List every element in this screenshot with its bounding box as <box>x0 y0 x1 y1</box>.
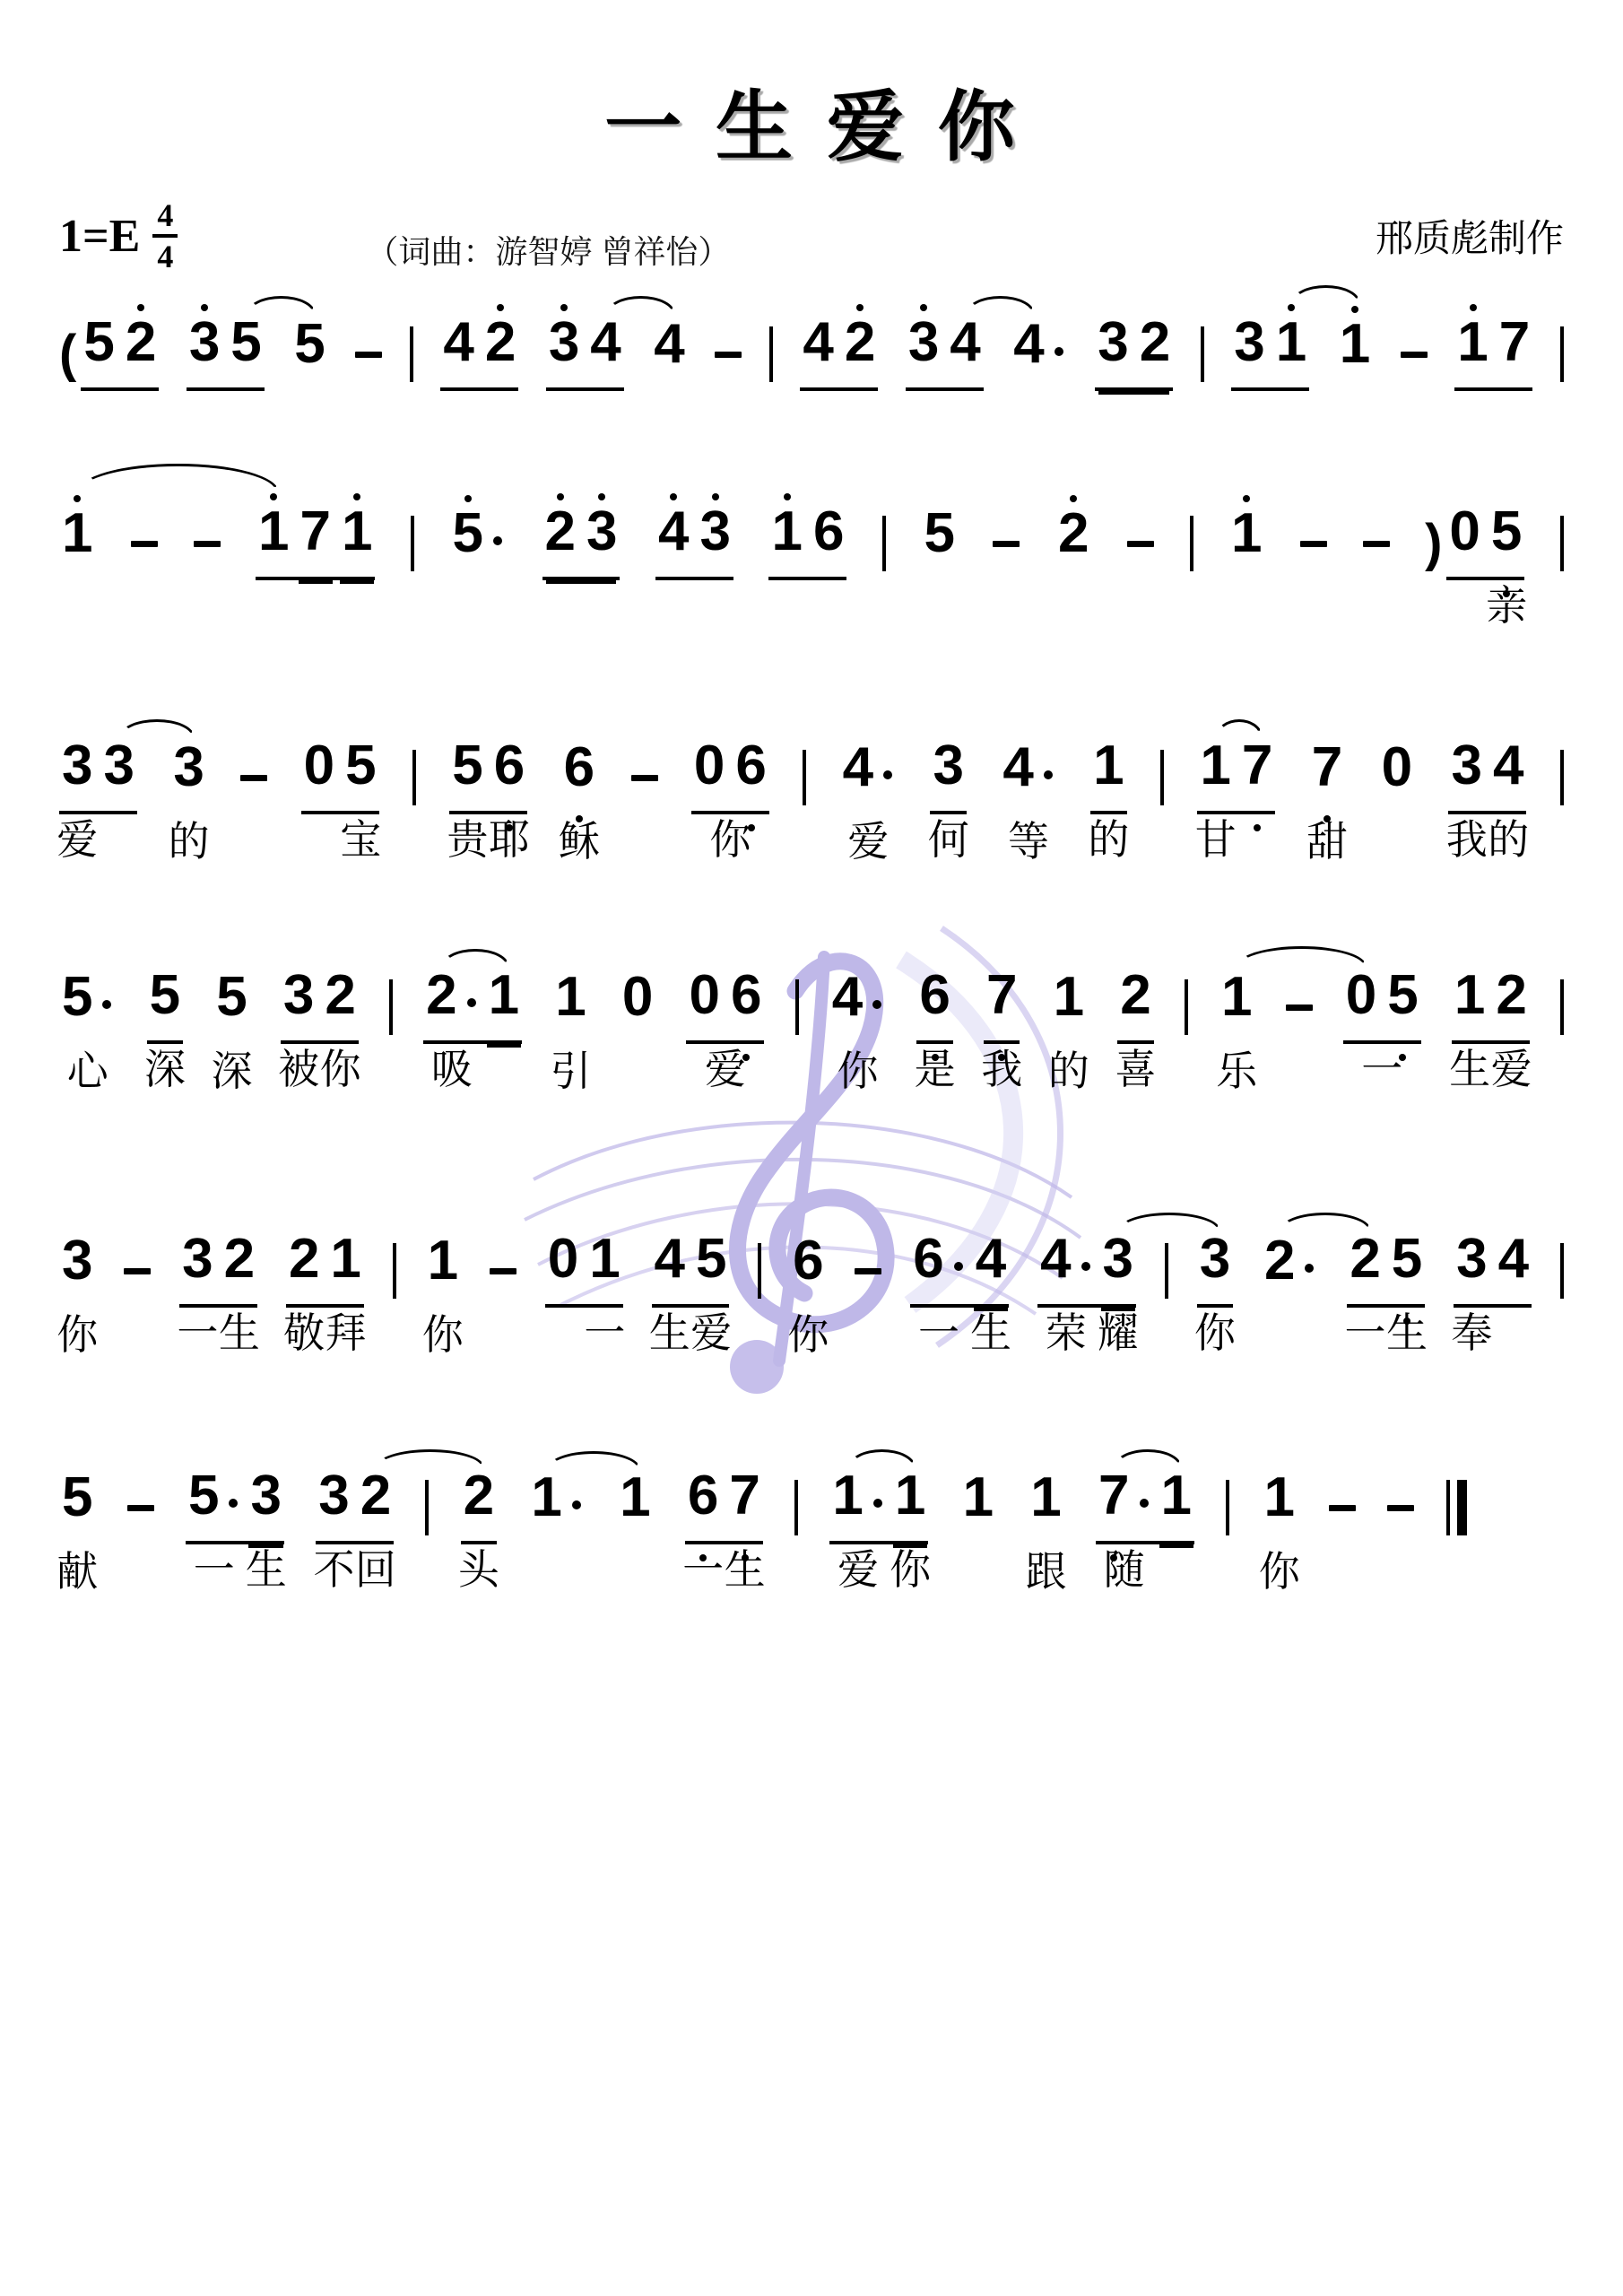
note-stack: 1 <box>428 1236 458 1300</box>
music-line-2: 11715234316521)05亲 <box>59 514 1564 573</box>
lyric: 拜 <box>325 1300 367 1360</box>
lyric: 耀 <box>1098 1300 1139 1360</box>
note: 6耶 <box>494 741 525 805</box>
note-digit: 2 <box>289 1228 319 1290</box>
lyric: 随 <box>1104 1537 1145 1596</box>
note-digit: 1 <box>1030 1466 1061 1528</box>
note-stack: 2 <box>426 970 456 1035</box>
lyric: 稣 <box>559 809 600 868</box>
lyric: 爱 <box>1491 1037 1532 1096</box>
note: 5 <box>453 509 504 573</box>
note-stack: 6 <box>731 970 761 1035</box>
note-cell: 5深 <box>147 970 183 1044</box>
barline <box>412 750 416 805</box>
note-stack: 4 <box>1498 1234 1529 1299</box>
octave-dot-high <box>1470 304 1477 311</box>
note-stack: 3 <box>586 507 617 571</box>
augmentation-dot <box>1140 1499 1149 1508</box>
note-stack: 1 <box>1457 317 1488 382</box>
note-cell: 171 <box>256 507 375 580</box>
duration-dash <box>1286 1004 1313 1011</box>
beam-group: 4荣3耀 <box>1037 1234 1136 1308</box>
note-cell: 2 <box>1055 509 1091 578</box>
note-stack: 4 <box>976 1234 1006 1299</box>
beam-group: 1 <box>617 1473 653 1543</box>
duration-dash <box>715 352 742 358</box>
note: 1 <box>342 507 372 571</box>
note-stack: 2 <box>1140 317 1170 382</box>
lyric: 不 <box>313 1537 354 1596</box>
note: 7随 <box>1098 1471 1150 1535</box>
lyric: 你 <box>320 1037 361 1096</box>
lyric: 甜 <box>1306 809 1348 868</box>
note-cell: 6你 <box>790 1236 826 1306</box>
note: 7 <box>1499 317 1530 382</box>
note-digit: 3 <box>1456 1228 1487 1290</box>
duration-dash <box>355 352 382 358</box>
note: 4的 <box>1493 741 1523 805</box>
beam-group: 5献 <box>59 1473 95 1543</box>
note-cell: (52 <box>59 317 159 391</box>
note-digit: 1 <box>531 1466 561 1528</box>
note-stack: 1 <box>1276 317 1306 382</box>
note-digit: 1 <box>1231 502 1262 564</box>
note-digit: 4 <box>655 1228 685 1290</box>
note-digit: 3 <box>549 311 579 373</box>
duration-dash <box>240 775 267 781</box>
note-digit: 6 <box>813 500 844 562</box>
note-digit: 7 <box>1242 735 1272 796</box>
octave-dot-high <box>712 493 719 500</box>
note-digit: 3 <box>1234 311 1264 373</box>
note: 3 <box>189 317 220 382</box>
barline <box>411 516 414 571</box>
note-cell: 1 <box>960 1473 996 1543</box>
note-stack: 1 <box>963 1473 994 1537</box>
note-cell: 1 <box>1337 319 1373 389</box>
note-cell: 1引 <box>552 972 588 1042</box>
augmentation-dot <box>1044 770 1053 779</box>
note-stack: 5 <box>188 1471 219 1535</box>
note: 1跟 <box>1030 1473 1061 1537</box>
octave-dot-high <box>670 493 677 500</box>
final-barline <box>1446 1480 1467 1535</box>
barline <box>795 979 799 1035</box>
note-digit: 0 <box>1449 500 1480 562</box>
note-stack: 1 <box>1054 972 1084 1037</box>
note: 5 <box>83 317 114 382</box>
note: 3你 <box>62 1236 92 1300</box>
note-stack: 2 <box>360 1471 391 1535</box>
note-stack: 7 <box>1499 317 1530 382</box>
note-digit: 3 <box>182 1228 213 1290</box>
note-stack: 1 <box>1231 509 1262 573</box>
note-cell: 5深 <box>213 972 249 1042</box>
beam-group: 7随1 <box>1096 1471 1194 1544</box>
time-denominator: 4 <box>152 240 178 273</box>
lyric: 爱 <box>690 1300 732 1360</box>
note-cell: 4你 <box>829 972 886 1042</box>
lyric: 深 <box>211 1039 252 1098</box>
note: 3 <box>549 317 579 382</box>
beam-group: 2一5生 <box>1347 1234 1425 1308</box>
note: 0 <box>689 970 719 1035</box>
beam-group: 42 <box>800 317 878 391</box>
note: 1 <box>771 507 802 571</box>
duration-dash <box>1387 1505 1414 1511</box>
beam-group: 2头 <box>461 1471 497 1544</box>
note-digit: 3 <box>103 735 134 796</box>
note-stack: 1 <box>895 1471 925 1535</box>
lyric: 我 <box>981 1037 1022 1096</box>
note-cell: )05亲 <box>1425 507 1524 580</box>
lyric: 爱 <box>56 807 98 866</box>
note-digit: 2 <box>545 500 576 562</box>
note-digit: 2 <box>1120 964 1150 1026</box>
note-digit: 1 <box>963 1466 994 1528</box>
note-digit: 5 <box>150 964 180 1026</box>
note-digit: 5 <box>294 313 325 375</box>
note-cell: 17 <box>1454 317 1532 391</box>
duration-dash <box>1300 541 1327 547</box>
augmentation-dot <box>572 1500 581 1509</box>
note-stack: 3 <box>189 317 220 382</box>
beam-group: 6是 <box>916 970 952 1044</box>
note: 0 <box>1449 507 1480 571</box>
notes-row: 11715234316521)05亲 <box>59 514 1564 573</box>
note-digit: 1 <box>1093 735 1124 796</box>
note-digit: 0 <box>548 1228 578 1290</box>
note: 5 <box>924 509 954 573</box>
beam-group: 6一4生 <box>910 1234 1009 1308</box>
note-stack: 6 <box>688 1471 718 1535</box>
note-digit: 0 <box>622 966 653 1028</box>
note-stack: 2 <box>464 1471 494 1535</box>
note-digit: 5 <box>1387 964 1418 1026</box>
parenthesis: ( <box>59 329 76 379</box>
note-cell: 1生2爱 <box>1452 970 1530 1044</box>
note-stack: 0 <box>694 741 725 805</box>
barline <box>882 516 886 571</box>
note-digit: 1 <box>1054 966 1084 1028</box>
note: 6 <box>735 741 766 805</box>
note-digit: 7 <box>986 964 1017 1026</box>
note-cell: 1的 <box>1090 741 1126 814</box>
octave-dot-high <box>1070 495 1077 502</box>
note-cell: 42 <box>440 317 518 391</box>
note-stack: 5 <box>62 972 92 1037</box>
note-digit: 5 <box>62 966 92 1028</box>
note: 1你 <box>1264 1473 1295 1537</box>
octave-dot-high <box>557 493 564 500</box>
beam-group: 1的 <box>1090 741 1126 814</box>
note-stack: 7 <box>1312 743 1342 807</box>
note-stack: 1 <box>258 507 289 571</box>
barline <box>1160 750 1164 805</box>
note-stack: 2 <box>545 507 576 571</box>
note-digit: 1 <box>832 1465 863 1526</box>
beam-group: 17 <box>1454 317 1532 391</box>
note: 6是 <box>919 970 950 1035</box>
beam-group: 3爱3 <box>59 741 137 814</box>
note-digit: 1 <box>428 1230 458 1291</box>
note-stack: 4 <box>654 319 684 384</box>
beam-group: 6一7生 <box>685 1471 763 1544</box>
note-cell: 4 <box>1011 319 1067 389</box>
note-stack: 1 <box>342 507 372 571</box>
note: 1 <box>531 1473 582 1537</box>
note-cell: 6是 <box>916 970 952 1044</box>
beam-group: 5深 <box>147 970 183 1044</box>
note: 3我 <box>1451 741 1481 805</box>
note-cell: 7随1 <box>1096 1471 1194 1544</box>
barline <box>393 1243 396 1299</box>
music-line-1: (5235542344423443231117 <box>59 325 1564 384</box>
beam-group: 3你 <box>59 1236 95 1306</box>
note-digit: 1 <box>330 1228 360 1290</box>
beam-group: 4 <box>651 319 687 389</box>
note-stack: 5 <box>453 509 483 573</box>
note-stack: 7 <box>986 970 1017 1035</box>
note-stack: 4 <box>655 1234 685 1299</box>
octave-dot-high <box>598 493 605 500</box>
note-digit: 1 <box>1161 1465 1192 1526</box>
barline <box>1201 326 1204 382</box>
beam-group: 3不2回 <box>316 1471 394 1544</box>
note-digit: 5 <box>83 311 114 373</box>
note-digit: 0 <box>1346 964 1376 1026</box>
note-stack: 5 <box>150 970 180 1035</box>
beam-group: 3我4的 <box>1448 741 1526 814</box>
note-stack: 5 <box>1491 507 1522 571</box>
beam-group: 1 <box>528 1473 585 1543</box>
note-cell: 42 <box>800 317 878 391</box>
beam-group: 42 <box>440 317 518 391</box>
beam-group: 52 <box>81 317 159 391</box>
note-stack: 1 <box>62 509 92 573</box>
note-digit: 1 <box>1221 966 1252 1028</box>
note-stack: 2 <box>1496 970 1526 1035</box>
note: 2回 <box>360 1471 391 1535</box>
note-digit: 1 <box>1264 1466 1295 1528</box>
note-stack: 3 <box>908 317 939 382</box>
note: 5 <box>230 317 261 382</box>
producer: 邢质彪制作 <box>1376 209 1564 263</box>
note-cell: 2喜 <box>1117 970 1153 1044</box>
note: 1拜 <box>330 1234 360 1299</box>
note-digit: 1 <box>1276 311 1306 373</box>
lyric: 的 <box>1088 807 1129 866</box>
note-stack: 7 <box>1242 741 1272 805</box>
note-digit: 1 <box>895 1465 925 1526</box>
lyric: 等 <box>1008 809 1049 868</box>
beam-group: 4爱 <box>840 743 897 813</box>
beam-group: 7我 <box>984 970 1020 1044</box>
note: 3何 <box>933 741 963 805</box>
octave-dot-high <box>1243 495 1250 502</box>
note: 0 <box>622 972 653 1037</box>
note: 2 <box>545 507 576 571</box>
note-digit: 2 <box>1350 1228 1380 1290</box>
note-digit: 4 <box>590 311 621 373</box>
note: 2 <box>1058 509 1089 573</box>
augmentation-dot <box>467 998 476 1007</box>
beam-group: 3的 <box>170 743 206 813</box>
octave-dot-high <box>920 304 927 311</box>
note-digit: 4 <box>1498 1228 1529 1290</box>
slur-arc <box>1291 285 1360 303</box>
note-digit: 2 <box>126 311 156 373</box>
note: 4生 <box>655 1234 685 1299</box>
note: 1生 <box>1454 970 1485 1035</box>
note-stack: 6 <box>564 743 595 807</box>
lyric: 一 <box>682 1537 724 1596</box>
beam-group: 2 <box>1262 1236 1318 1306</box>
note: 3的 <box>173 743 204 807</box>
note-stack: 5 <box>345 741 376 805</box>
duration-dash <box>1363 541 1390 547</box>
note-stack: 1 <box>1161 1471 1192 1535</box>
barline <box>1165 1243 1168 1299</box>
note: 6你 <box>793 1236 823 1300</box>
beam-group: 3一2生 <box>179 1234 257 1308</box>
note-stack: 5 <box>696 1234 726 1299</box>
note-stack: 5 <box>1387 970 1418 1035</box>
beam-group: 5 <box>450 509 507 578</box>
note-digit: 4 <box>1493 735 1523 796</box>
note: 5献 <box>62 1473 92 1537</box>
lyric: 生 <box>246 1537 287 1596</box>
lyric: 跟 <box>1026 1539 1067 1598</box>
note: 5心 <box>62 972 113 1037</box>
notes-row: (5235542344423443231117 <box>59 325 1564 384</box>
note-digit: 2 <box>1058 502 1089 564</box>
note-stack: 3 <box>1456 1234 1487 1299</box>
note-stack: 6 <box>735 741 766 805</box>
lyric: 一 <box>918 1300 959 1360</box>
augmentation-dot <box>229 1499 238 1508</box>
note-digit: 6 <box>913 1228 943 1290</box>
beam-group: 7甜 <box>1309 743 1345 813</box>
note-cell: 2头 <box>461 1471 497 1544</box>
notes-row: 3爱33的05宝5贵6耶6稣06你4爱3何4等1的1甘77甜03我4的 <box>59 748 1564 807</box>
note-stack: 3 <box>933 741 963 805</box>
note: 0 <box>304 741 334 805</box>
note-cell: 0 <box>1379 743 1415 813</box>
beam-group: 3你 <box>1197 1234 1233 1308</box>
note-digit: 1 <box>1200 735 1230 796</box>
note-cell: 0 <box>620 972 655 1042</box>
note-cell: 1爱1你 <box>829 1471 928 1544</box>
lyric: 宝 <box>340 807 381 866</box>
duration-dash <box>490 1268 516 1274</box>
beam-group: 05亲 <box>1446 507 1524 580</box>
note-stack: 5 <box>924 509 954 573</box>
lyric: 生 <box>725 1537 766 1596</box>
note-stack: 2 <box>325 970 355 1035</box>
lyric: 你 <box>56 1302 98 1361</box>
note: 5宝 <box>345 741 376 805</box>
note: 3 <box>103 741 134 805</box>
beam-group: 0 <box>620 972 655 1042</box>
beam-group: 4等 <box>1000 743 1056 813</box>
barline <box>410 326 413 382</box>
lyric: 爱 <box>847 809 889 868</box>
note-digit: 4 <box>1002 736 1033 798</box>
note-stack: 0 <box>689 970 719 1035</box>
note-digit: 2 <box>224 1228 255 1290</box>
octave-dot-high <box>784 493 791 500</box>
note-digit: 5 <box>62 1466 92 1528</box>
octave-dot-high <box>856 304 864 311</box>
note-digit: 4 <box>843 736 873 798</box>
note-stack: 5 <box>294 319 325 384</box>
note: 7生 <box>729 1471 759 1535</box>
octave-dot-high <box>270 493 277 500</box>
lyric: 一 <box>584 1300 625 1360</box>
beam-group: 1生2爱 <box>1452 970 1530 1044</box>
note-digit: 5 <box>1392 1228 1422 1290</box>
augmentation-dot <box>1081 1262 1090 1271</box>
music-line-3: 3爱33的05宝5贵6耶6稣06你4爱3何4等1的1甘77甜03我4的 <box>59 748 1564 807</box>
note-cell: 1 <box>59 509 95 578</box>
beam-group: 06 <box>686 970 764 1044</box>
note-digit: 3 <box>283 964 314 1026</box>
note: 4生 <box>976 1234 1006 1299</box>
lyric: 生 <box>970 1300 1011 1360</box>
note-digit: 5 <box>696 1228 726 1290</box>
note-stack: 6 <box>913 1234 943 1299</box>
note: 1一 <box>589 1234 620 1299</box>
note-digit: 5 <box>452 735 482 796</box>
note-digit: 4 <box>443 311 473 373</box>
note-digit: 0 <box>689 964 719 1026</box>
note-digit: 4 <box>1040 1228 1071 1290</box>
note: 7我 <box>986 970 1017 1035</box>
lyric: 何 <box>928 807 969 866</box>
note-stack: 3 <box>173 743 204 807</box>
beam-group: 1跟 <box>1028 1473 1063 1543</box>
note-cell: 16 <box>768 507 846 580</box>
note-stack: 1 <box>1221 972 1252 1037</box>
note-digit: 5 <box>1491 500 1522 562</box>
note-cell: 3你 <box>59 1236 95 1306</box>
note-cell: 43 <box>655 507 733 580</box>
lyric: 的 <box>169 809 210 868</box>
note-digit: 2 <box>360 1465 391 1526</box>
note-stack: 3 <box>103 741 134 805</box>
note-stack: 3 <box>1234 317 1264 382</box>
note-stack: 1 <box>832 1471 863 1535</box>
note-digit: 3 <box>189 311 220 373</box>
note-cell: 5 <box>450 509 507 578</box>
note-stack: 5 <box>1392 1234 1422 1299</box>
note-stack: 3 <box>1200 1234 1230 1299</box>
note-stack: 1 <box>1340 319 1370 384</box>
beam-group: 05宝 <box>301 741 379 814</box>
note-cell: 4等 <box>1000 743 1056 813</box>
note-cell: 5 <box>291 319 327 389</box>
augmentation-dot <box>954 1262 963 1271</box>
note: 3 <box>1098 317 1128 382</box>
note: 2喜 <box>1120 970 1150 1035</box>
note: 5 <box>294 319 325 384</box>
note-digit: 5 <box>453 502 483 564</box>
note-cell: 1你 <box>1262 1473 1298 1543</box>
note: 4 <box>1498 1234 1529 1299</box>
note-digit: 3 <box>62 735 92 796</box>
augmentation-dot <box>873 1499 882 1508</box>
